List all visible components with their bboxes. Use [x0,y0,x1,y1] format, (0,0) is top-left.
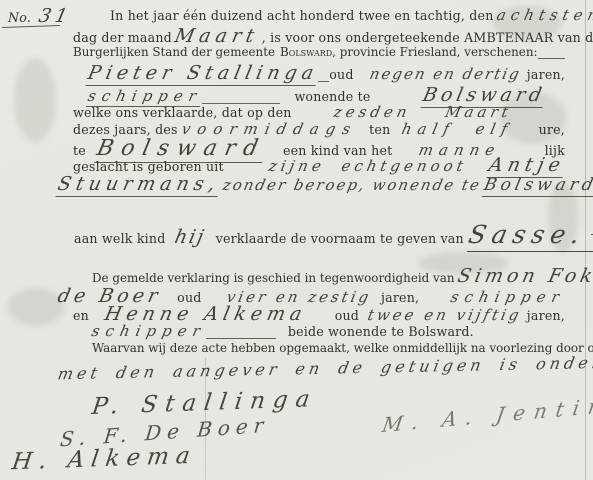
printed-text: wonende te [294,89,370,104]
blank-rule [318,81,329,82]
entry-declarant-name: Pieter Stallinga [85,62,320,86]
printed-text: verklaarde de voornaam te geven van [216,231,464,246]
entry-witness1-firstnames: Simon Fokke [455,265,593,287]
entry-mother-surname: Stuurmans, [55,173,222,197]
entry-birth-date: zesden Maart [332,103,514,121]
entry-month: Maart [173,25,262,47]
signature-registrar: M. A. Jentink [381,391,593,437]
act-number-block: No. 31 [8,5,71,27]
printed-text: dag der maand [73,30,172,45]
printed-text: ure, [539,122,565,137]
pen-dash [206,338,276,339]
printed-text: oud [335,308,359,323]
printed-text: dezes jaars, des [73,122,178,137]
entry-child-name-block: Sasse. [467,220,593,252]
line-declarant: Pieter Stallinga oud negen en dertig jar… [88,62,565,86]
printed-text: geslacht is geboren uit [73,159,224,174]
entry-child-name: Sasse. [466,220,589,249]
printed-text: In het jaar één duizend acht honderd twe… [110,8,494,23]
printed-text: , is voor ons ondergeteekende AMBTENAAR … [262,30,593,45]
printed-text: beide wonende te Bolsward. [288,324,474,339]
line-month: dag der maand Maart , is voor ons onderg… [73,25,565,47]
municipality-name: Bolsward [280,45,332,59]
act-number-label: No. [8,10,31,25]
line-witnesses-intro: De gemelde verklaring is geschied in teg… [92,265,565,287]
printed-text: aan welk kind [74,231,165,246]
printed-text: Waarvan wij deze acte hebben opgemaakt, … [92,341,593,355]
printed-text: , provincie Friesland, verschenen: [332,45,537,59]
printed-text: oud [329,67,353,82]
line-closing: Waarvan wij deze acte hebben opgemaakt, … [92,341,565,355]
line-child-name: aan welk kind hij verklaarde de voornaam… [74,220,565,252]
entry-day-ordinal: achtsten [495,6,593,24]
entry-signed-statement: met den aangever en de getuigen is onder… [56,351,593,384]
printed-text: welke ons verklaarde, dat op den [73,105,292,120]
printed-text: Burgerlijken Stand der gemeente [73,45,275,59]
signature-witness2: H. Alkema [10,443,198,476]
entry-declarant-pronoun: hij [173,226,208,248]
paper-artifact [8,288,64,326]
printed-text: jaren, [527,67,565,82]
entry-mother-residence: Bolsward [481,175,593,197]
line-year: In het jaar één duizend acht honderd twe… [110,6,565,24]
entry-witness2-occupation: schipper [90,322,208,340]
line-birth-date: welke ons verklaarde, dat op den zesden … [73,103,565,121]
entry-mother-occupation-residence: zonder beroep, wonende te [221,176,483,194]
printed-text: De gemelde verklaring is geschied in teg… [92,271,455,285]
printed-text: jaren, [527,308,565,323]
printed-text: en [73,308,89,323]
line-mother-details: Stuurmans, zonder beroep, wonende te Bol… [58,173,565,197]
entry-declarant-age: negen en dertig [368,65,523,83]
line-signed-statement: met den aangever en de getuigen is onder… [58,354,565,384]
birth-certificate-page: No. 31 In het jaar één duizend acht hond… [0,0,593,480]
blank-rule [538,58,566,59]
line-witness2-occupation: schipper beide wonende te Bolsward. [92,322,565,340]
line-municipality: Burgerlijken Stand der gemeente Bolsward… [73,45,565,59]
signature-declarant: P. Stallinga [90,386,319,420]
act-number-value: 31 [37,5,74,27]
paper-artifact [14,58,56,142]
printed-text: ten [369,122,390,137]
